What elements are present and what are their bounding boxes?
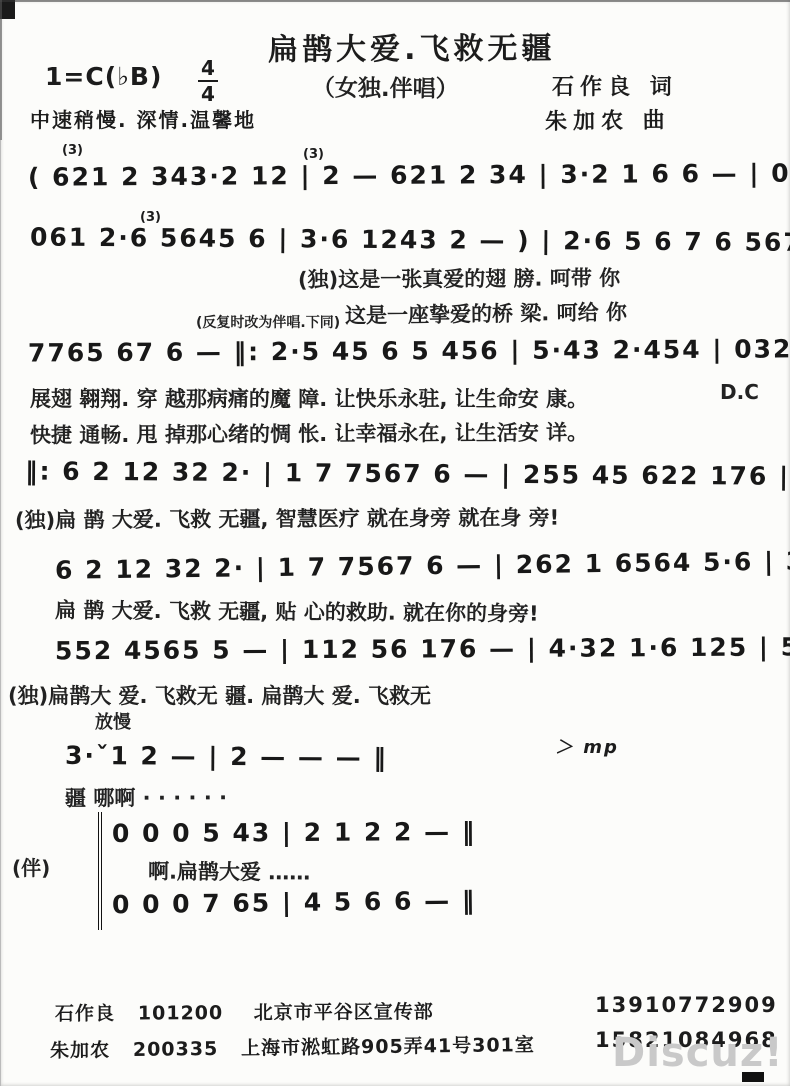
lyric-line-4: (独)扁 鹊 大爱. 飞救 无疆, 智慧医疗 就在身旁 就在身 旁! xyxy=(15,502,559,535)
contact-row-2: 朱加农 200335 上海市淞虹路905弄41号301室 xyxy=(50,1030,535,1063)
lyric-line-5: 扁 鹊 大爱. 飞救 无疆, 贴 心的救助. 就在你的身旁! xyxy=(55,594,539,627)
lyric-line-1: (独)这是一张真爱的翅 膀. 呵带 你 xyxy=(298,262,620,294)
accompaniment-label: (伴) xyxy=(12,852,50,881)
performance-type-subtitle: （女独.伴唱） xyxy=(312,69,459,103)
song-title: 扁鹊大爱.飞救无疆 xyxy=(268,23,556,69)
contact-1-address: 北京市平谷区宣传部 xyxy=(254,1001,434,1024)
notation-line-ending: 552 4565 5 — | 112 56 176 — | 4·32 1·6 1… xyxy=(55,632,790,666)
scan-artifact-corner xyxy=(0,0,15,19)
lyric-line-3a: 展翅 翱翔. 穿 越那病痛的魔 障. 让快乐永驻, 让生命安 康。 xyxy=(30,383,588,413)
lyric-line-3b: 快捷 通畅. 甩 掉那心绪的惆 怅. 让幸福永在, 让生活安 详。 xyxy=(30,417,588,450)
lyric-line-7: 疆 哪啊 · · · · · · xyxy=(65,782,227,813)
time-signature: 4 4 xyxy=(198,58,218,104)
contact-2-address: 上海市淞虹路905弄41号301室 xyxy=(241,1034,535,1060)
contact-2-postcode: 200335 xyxy=(133,1038,219,1061)
contact-1-name: 石作良 xyxy=(55,1003,115,1025)
time-signature-numerator: 4 xyxy=(198,58,218,82)
notation-line-chorus-2: 6 2 12 32 2· | 1 7 7567 6 — | 262 1 6564… xyxy=(55,544,790,584)
accompaniment-voice-1: 0 0 0 5 43 | 2 1 2 2 — ‖ xyxy=(112,817,476,848)
scan-artifact-left-border xyxy=(0,140,1,1086)
accompaniment-lyric: 啊.扁鹊大爱 …… xyxy=(148,855,311,886)
repeat-instruction-note: (反复时改为伴唱.下同) xyxy=(196,312,340,332)
accompaniment-voice-2: 0 0 0 7 65 | 4 5 6 6 — ‖ xyxy=(112,886,477,919)
slow-down-marking: 放慢 xyxy=(95,708,131,734)
lyricist-credit: 石作良 词 xyxy=(552,70,678,101)
lyricist-role: 词 xyxy=(650,75,678,100)
triplet-mark: (3) xyxy=(62,143,83,158)
lyric-line-6: (独)扁鹊大 爱. 飞救无 疆. 扁鹊大 爱. 飞救无 xyxy=(8,680,431,710)
tempo-expression-marking: 中速稍慢. 深情.温馨地 xyxy=(30,104,256,133)
dc-repeat-mark: D.C xyxy=(720,380,759,404)
notation-line-verse: 7765 67 6 — ‖: 2·5 45 6 5 456 | 5·43 2·4… xyxy=(28,334,790,368)
key-signature: 1=C(♭B) xyxy=(45,62,162,91)
discuz-watermark: Discuz! xyxy=(612,1030,783,1076)
contact-row-1: 石作良 101200 北京市平谷区宣传部 xyxy=(55,997,434,1026)
scan-artifact-left-edge xyxy=(0,0,2,140)
composer-role: 曲 xyxy=(643,108,671,133)
notation-line-chorus-1: ‖: 6 2 12 32 2· | 1 7 7567 6 — | 255 45 … xyxy=(25,456,790,492)
contact-1-postcode: 101200 xyxy=(138,1002,223,1024)
lyric-line-2: 这是一座挚爱的桥 梁. 呵给 你 xyxy=(345,296,627,329)
composer-credit: 朱加农 曲 xyxy=(545,103,671,136)
scanned-music-score-page: 扁鹊大爱.飞救无疆 1=C(♭B) 4 4 （女独.伴唱） 石作良 词 朱加农 … xyxy=(0,0,790,1086)
time-signature-denominator: 4 xyxy=(201,82,215,104)
scan-artifact-top-edge xyxy=(0,0,790,2)
accompaniment-system-bracket xyxy=(98,812,102,930)
composer-name: 朱加农 xyxy=(545,109,629,135)
lyricist-name: 石作良 xyxy=(552,75,636,100)
notation-line-final: 3·ˇ1 2 — | 2 — — — ‖ xyxy=(65,741,388,772)
triplet-mark: (3) xyxy=(303,147,324,162)
notation-line-intro-1: ( 621 2 343·2 12 | 2 — 621 2 34 | 3·2 1 … xyxy=(28,157,790,191)
dynamics-marking: ＞ mp xyxy=(555,733,619,759)
contact-2-name: 朱加农 xyxy=(50,1039,110,1062)
contact-1-phone: 13910772909 xyxy=(595,993,778,1017)
notation-line-intro-2: 061 2·6 5645 6 | 3·6 1243 2 — ) | 2·6 5 … xyxy=(30,223,790,259)
